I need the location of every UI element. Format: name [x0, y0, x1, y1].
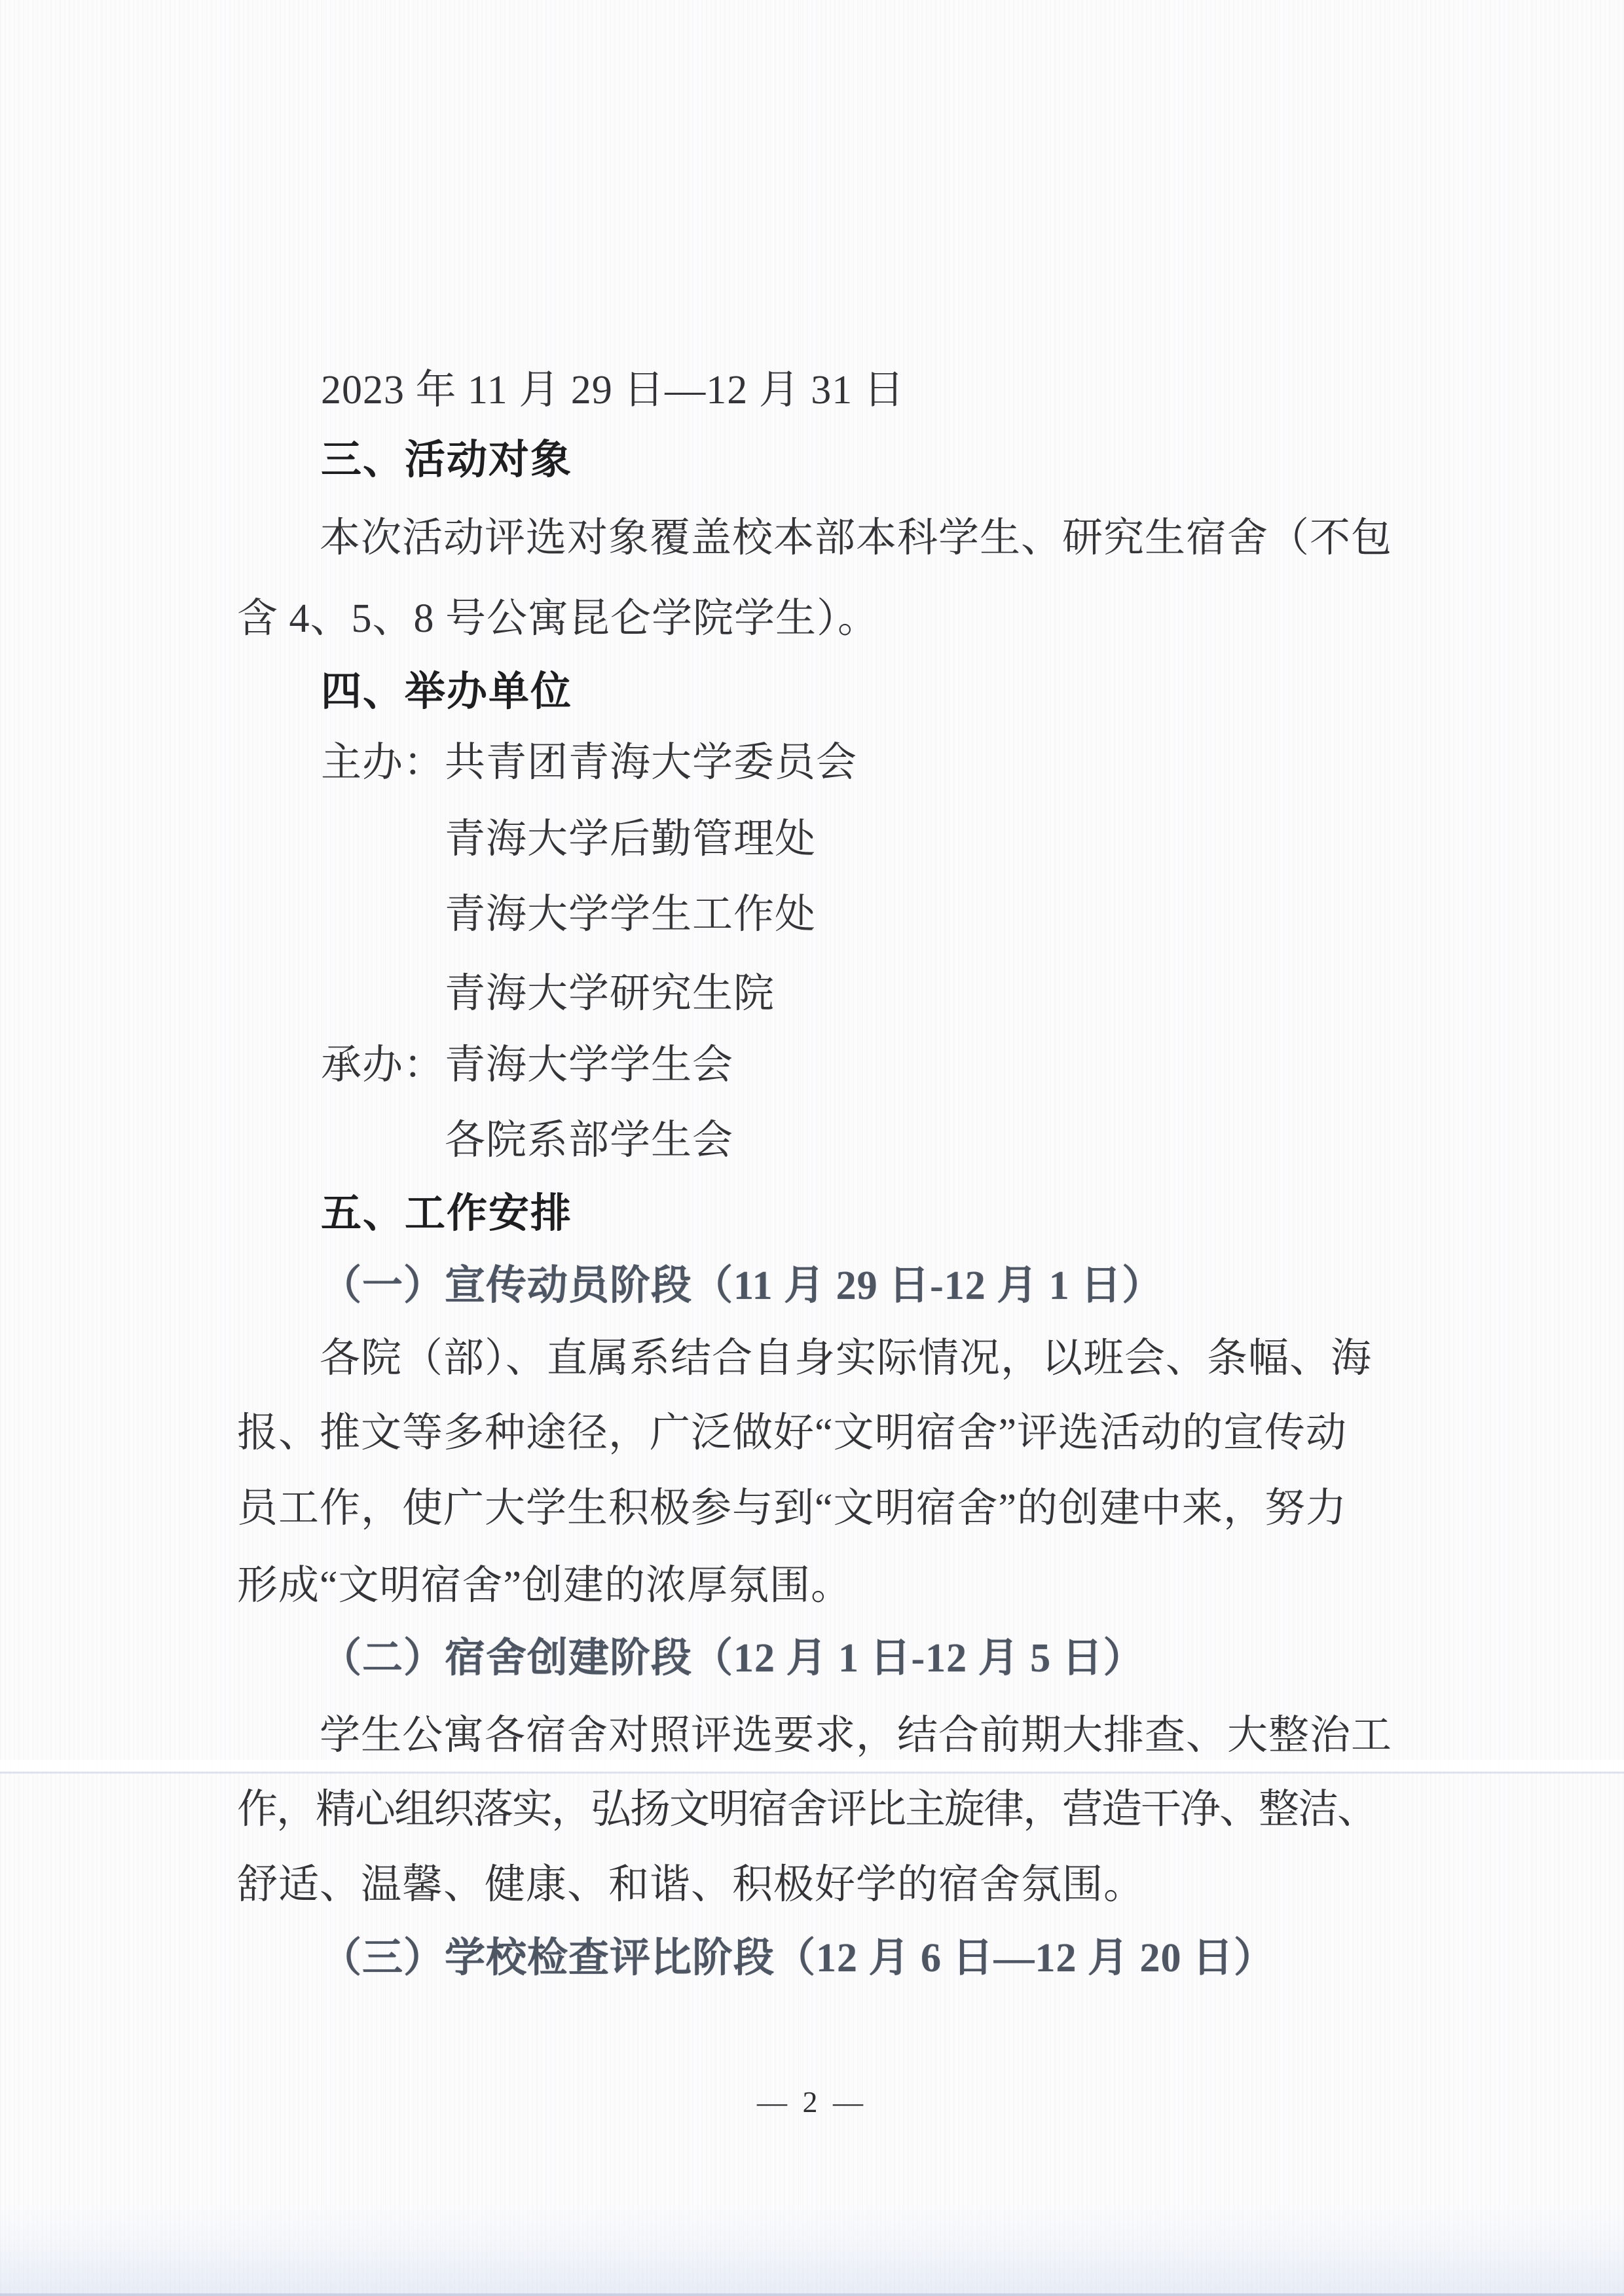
- paragraph-stage-2-line-1: 学生公寓各宿舍对照评选要求，结合前期大排查、大整治工: [320, 1714, 1392, 1757]
- organizer-undertaker-line-1: 承办：青海大学学生会: [321, 1044, 733, 1087]
- scan-artifact-band: [0, 1760, 1624, 1774]
- scanned-document-page: 2023 年 11 月 29 日—12 月 31 日 三、活动对象 本次活动评选…: [0, 0, 1624, 2296]
- subsection-heading-stage-1: （一）宣传动员阶段（11 月 29 日-12 月 1 日）: [321, 1264, 1163, 1307]
- paragraph-stage-1-line-4: 形成“文明宿舍”创建的浓厚氛围。: [237, 1564, 852, 1607]
- date-range-line: 2023 年 11 月 29 日—12 月 31 日: [321, 369, 905, 412]
- organizer-host-line-4: 青海大学研究生院: [445, 972, 775, 1015]
- scan-bottom-edge-line: [0, 2293, 1624, 2296]
- scan-bottom-tint: [0, 2204, 1624, 2296]
- section-heading-organizers: 四、举办单位: [321, 670, 572, 714]
- page-number: — 2 —: [0, 2085, 1624, 2119]
- organizer-host-line-3: 青海大学学生工作处: [445, 893, 816, 936]
- paragraph-stage-1-line-3: 员工作，使广大学生积极参与到“文明宿舍”的创建中来，努力: [237, 1487, 1347, 1530]
- paragraph-stage-2-line-3: 舒适、温馨、健康、和谐、积极好学的宿舍氛围。: [237, 1863, 1145, 1906]
- section-heading-activity-target: 三、活动对象: [321, 439, 572, 482]
- organizer-host-line-1: 主办：共青团青海大学委员会: [321, 741, 857, 784]
- section-heading-work-plan: 五、工作安排: [321, 1192, 572, 1235]
- subsection-heading-stage-3: （三）学校检查评比阶段（12 月 6 日—12 月 20 日）: [321, 1937, 1275, 1980]
- paragraph-stage-2-line-2: 作，精心组织落实，弘扬文明宿舍评比主旋律，营造干净、整洁、: [237, 1788, 1376, 1831]
- paragraph-stage-1-line-2: 报、推文等多种途径，广泛做好“文明宿舍”评选活动的宣传动: [237, 1412, 1347, 1455]
- subsection-heading-stage-2: （二）宿舍创建阶段（12 月 1 日-12 月 5 日）: [321, 1637, 1145, 1680]
- organizer-undertaker-line-2: 各院系部学生会: [445, 1119, 733, 1162]
- paragraph-activity-target-line-2: 含 4、5、8 号公寓昆仑学院学生）。: [237, 597, 879, 640]
- paragraph-activity-target-line-1: 本次活动评选对象覆盖校本部本科学生、研究生宿舍（不包: [320, 517, 1392, 560]
- organizer-host-line-2: 青海大学后勤管理处: [445, 818, 816, 861]
- paragraph-stage-1-line-1: 各院（部）、直属系结合自身实际情况，以班会、条幅、海: [320, 1337, 1372, 1380]
